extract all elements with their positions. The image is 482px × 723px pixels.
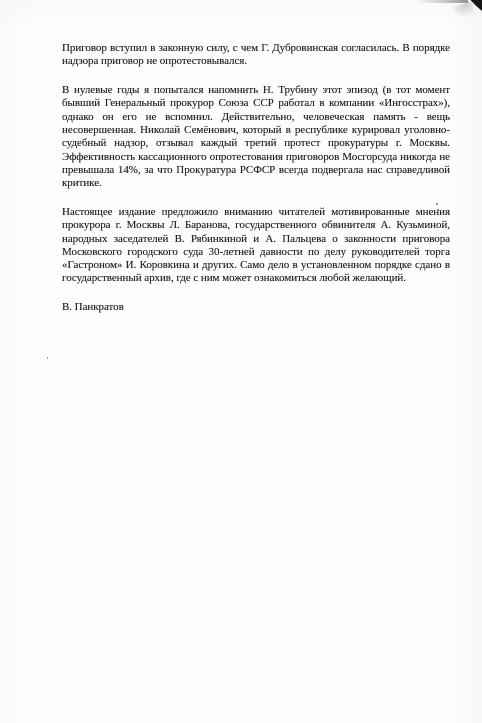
signature-line: В. Панкратов (62, 301, 450, 314)
scan-noise-dot (437, 209, 439, 211)
paragraph-edition-note: Настоящее издание предложило вниманию чи… (62, 206, 450, 286)
scanned-page: Приговор вступил в законную силу, с чем … (0, 0, 482, 723)
scan-corner-smear (450, 1, 475, 21)
document-text-block: Приговор вступил в законную силу, с чем … (62, 42, 450, 330)
scan-edge-smudge (416, 0, 468, 3)
paragraph-verdict-in-force: Приговор вступил в законную силу, с чем … (62, 42, 450, 69)
scan-noise-dot (47, 357, 48, 359)
scan-noise-dot (436, 203, 438, 205)
paragraph-trubin-recollection: В нулевые годы я попытался напомнить Н. … (62, 84, 450, 190)
